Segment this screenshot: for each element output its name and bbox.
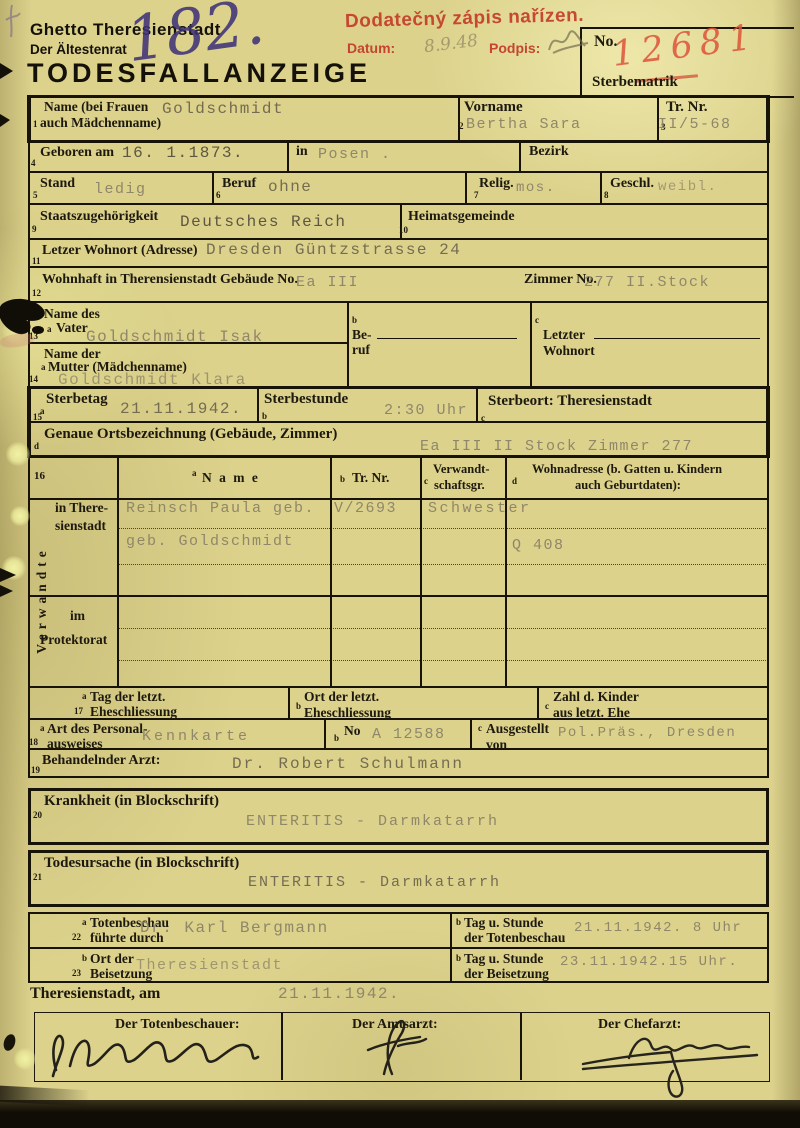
geboren-num: 4: [31, 158, 36, 168]
rule: [28, 301, 769, 303]
rule: [520, 1013, 522, 1080]
col-name-label: N a m e: [202, 470, 260, 486]
sterbematrik-label: Sterbematrik: [592, 74, 678, 91]
name-num: 1: [33, 119, 38, 129]
bezirk-label: Bezirk: [529, 144, 569, 160]
todesursache-num: 21: [33, 872, 42, 882]
berufcol-sup: b: [352, 315, 357, 325]
stand-num: 5: [33, 190, 38, 200]
group-theresienstadt-label1: in There-: [55, 500, 108, 516]
ehe-tag-num: 17: [74, 706, 83, 716]
beschau-durch-sup: a: [82, 917, 87, 927]
org-subtitle: Der Ältestenrat: [30, 42, 127, 57]
beisetzung-zeit-sup: b: [456, 953, 461, 963]
genaue-label: Genaue Ortsbezeichnung (Gebäude, Zimmer): [44, 426, 337, 443]
vorname-num: 2: [459, 121, 464, 131]
berufcol-label2: ruf: [352, 342, 370, 358]
rule: [28, 421, 769, 423]
arzt-label: Behandelnder Arzt:: [42, 753, 160, 769]
name-label: Name (bei Frauen: [44, 99, 148, 115]
rule: [117, 455, 119, 686]
heimat-num: 10: [399, 225, 408, 235]
ausweis-art-label2: ausweises: [47, 736, 103, 752]
rule: [330, 455, 332, 686]
rule: [766, 386, 770, 458]
footer-place-label: Theresienstadt, am: [30, 985, 160, 1003]
corner-pencil-mark: [2, 0, 24, 42]
beruf-value: ohne: [268, 178, 312, 196]
ehe-ort-sup: b: [296, 701, 301, 711]
wohnortcol-label: Letzter: [543, 327, 585, 343]
rule: [118, 564, 768, 565]
relative-name-value: Reinsch Paula geb.: [126, 500, 315, 517]
margin-arrow-mark: [0, 113, 13, 128]
sterbestunde-sup: b: [262, 411, 267, 421]
mutter-num: 14: [29, 374, 38, 384]
ausweis-art-sup: a: [40, 723, 45, 733]
wohnortcol-label2: Wohnort: [543, 343, 595, 359]
group-protektorat-label1: im: [70, 608, 85, 624]
geschl-label: Geschl.: [610, 176, 654, 192]
beruf-num: 6: [216, 190, 221, 200]
relig-label: Relig.: [479, 176, 514, 192]
rule: [600, 171, 602, 203]
beschau-durch-value: Dr. Karl Bergmann: [140, 919, 329, 937]
staat-label: Staatszugehörigkeit: [40, 209, 158, 225]
beschau-zeit-label1: Tag u. Stunde: [464, 915, 543, 931]
ink-spot: [2, 1033, 18, 1053]
todesursache-label: Todesursache (in Blockschrift): [44, 855, 239, 872]
krankheit-value: ENTERITIS - Darmkatarrh: [246, 813, 499, 830]
sterbestunde-label: Sterbestunde: [264, 391, 348, 408]
ehe-tag-label1: Tag der letzt.: [90, 689, 165, 705]
sterbeort-label: Sterbeort: Theresienstadt: [488, 393, 652, 410]
ehe-tag-sup: a: [82, 691, 87, 701]
ausweis-art-label1: Art des Personal-: [47, 721, 147, 737]
ausgestellt-label2: von: [486, 737, 507, 753]
trnr-label: Tr. Nr.: [666, 99, 708, 116]
margin-arrow-mark: [0, 566, 20, 600]
beschau-zeit-value: 21.11.1942. 8 Uhr: [574, 920, 742, 936]
totenbeschauer-signature: [42, 1026, 264, 1080]
ehe-ort-label1: Ort der letzt.: [304, 689, 379, 705]
rule: [420, 455, 422, 686]
rule: [28, 140, 769, 143]
rule: [519, 140, 521, 171]
ehe-kinder-sup: c: [545, 701, 549, 711]
rule: [766, 95, 770, 143]
rule: [377, 338, 517, 339]
ehe-kinder-label1: Zahl d. Kinder: [553, 689, 639, 705]
wohnortcol-sup: c: [535, 315, 539, 325]
arzt-num: 19: [31, 765, 40, 775]
stand-value: ledig: [94, 181, 147, 198]
ausgestellt-value: Pol.Präs., Dresden: [558, 725, 736, 741]
beruf-label: Beruf: [222, 176, 256, 192]
punch-hole: [10, 506, 30, 526]
rule: [257, 386, 259, 421]
beisetzung-zeit-value: 23.11.1942.15 Uhr.: [560, 954, 738, 970]
ausweis-no-label: No: [344, 723, 361, 739]
ausweis-art-value: Kennkarte: [142, 728, 250, 745]
col-trnr-sup: b: [340, 474, 345, 484]
relig-value: mos.: [516, 180, 556, 196]
beisetzung-ort-label1: Ort der: [90, 951, 134, 967]
col-grad-sup: c: [424, 476, 428, 486]
beisetzung-ort-sup: b: [82, 953, 87, 963]
datum-label: Datum:: [347, 40, 395, 56]
relative-trnr-value: V/2693: [334, 500, 397, 517]
group-theresienstadt-label2: sienstadt: [55, 518, 106, 534]
podpis-label: Podpis:: [489, 40, 540, 56]
relative-grad-value: Schwester: [428, 500, 532, 517]
rule: [324, 718, 326, 748]
rule: [118, 628, 768, 629]
vorname-value: Bertha Sara: [466, 116, 582, 133]
relig-num: 7: [474, 190, 479, 200]
rule: [450, 914, 452, 981]
rule: [288, 686, 290, 718]
wohnort-num: 11: [32, 256, 41, 266]
beschau-durch-num: 22: [72, 932, 81, 942]
krankheit-num: 20: [33, 810, 42, 820]
staat-num: 9: [32, 224, 37, 234]
name-label2: auch Mädchenname): [40, 115, 161, 131]
mutter-value: Goldschmidt Klara: [58, 371, 247, 389]
geschl-num: 8: [604, 190, 609, 200]
wohnort-value: Dresden Güntzstrasse 24: [206, 241, 461, 259]
sterbetag-num: 15: [33, 412, 42, 422]
rule: [30, 947, 767, 949]
rule: [118, 660, 768, 661]
ehe-kinder-label2: aus letzt. Ehe: [553, 705, 630, 721]
col-trnr-label: Tr. Nr.: [352, 470, 389, 486]
rule: [28, 686, 769, 688]
sterbeort-sup: c: [481, 413, 485, 423]
rule: [347, 301, 349, 386]
geboren-label: Geboren am: [40, 145, 114, 161]
scan-bottom-band: [0, 1100, 800, 1128]
rule: [28, 776, 769, 778]
geschl-value: weibl.: [658, 179, 717, 195]
death-notice-document: Ghetto Theresienstadt Der Ältestenrat TO…: [0, 0, 800, 1128]
rule: [287, 140, 289, 171]
rule: [28, 203, 769, 205]
relative-name2-value: geb. Goldschmidt: [126, 533, 294, 550]
staat-value: Deutsches Reich: [180, 213, 347, 231]
rule: [281, 1013, 283, 1080]
col-name-sup: a: [192, 468, 197, 478]
rule: [476, 386, 478, 421]
wohnort-label: Letzer Wohnort (Adresse): [42, 243, 198, 259]
rule: [28, 171, 769, 173]
zimmer-value: 277 II.Stock: [584, 274, 710, 291]
genaue-sup: d: [34, 441, 39, 451]
ausweis-no-value: A 12588: [372, 726, 446, 743]
no-value-handwritten: 12681: [610, 17, 760, 75]
vater-value: Goldschmidt Isak: [86, 328, 264, 346]
ausweis-no-sup: b: [334, 733, 339, 743]
podpis-signature: [541, 22, 595, 60]
sterbestunde-value: 2:30 Uhr: [384, 402, 468, 419]
vorname-label: Vorname: [464, 99, 523, 116]
rule: [28, 455, 769, 458]
chefarzt-signature: [575, 1022, 770, 1102]
rule: [27, 95, 31, 143]
wohnhaft-value: Ea III: [296, 274, 359, 291]
punch-hole: [14, 1048, 36, 1070]
rule: [465, 171, 467, 203]
rule: [530, 301, 532, 386]
stand-label: Stand: [40, 176, 75, 192]
rule: [537, 686, 539, 718]
ehe-ort-label2: Eheschliessung: [304, 705, 391, 721]
berufcol-label: Be-: [352, 327, 372, 343]
col-adresse-label1: Wohnadresse (b. Gatten u. Kindern: [532, 462, 722, 477]
geboren-in-label: in: [296, 144, 308, 160]
rule: [470, 718, 472, 748]
beisetzung-ort-value: Theresienstadt: [136, 957, 283, 974]
beisetzung-zeit-label1: Tag u. Stunde: [464, 951, 543, 967]
geboren-value: 16. 1.1873.: [122, 144, 244, 162]
rule: [505, 455, 507, 686]
rule: [28, 238, 769, 240]
krankheit-label: Krankheit (in Blockschrift): [44, 793, 219, 810]
genaue-value: Ea III II Stock Zimmer 277: [420, 438, 693, 455]
datum-pencil-value: 8.9.48: [423, 31, 479, 57]
footer-date-value: 21.11.1942.: [278, 985, 400, 1003]
rule: [28, 748, 769, 750]
ausweis-art-num: 18: [29, 737, 38, 747]
amtsarzt-signature: [340, 1016, 450, 1078]
rule: [28, 266, 769, 268]
ausgestellt-sup: c: [478, 723, 482, 733]
todesursache-value: ENTERITIS - Darmkatarrh: [248, 874, 501, 891]
ausgestellt-label1: Ausgestellt: [486, 721, 549, 737]
col-grad-label1: Verwandt-: [433, 462, 489, 477]
rule: [212, 171, 214, 203]
beschau-zeit-label2: der Totenbeschau: [464, 930, 565, 946]
wohnhaft-label: Wohnhaft in Therensienstadt Gebäude No.: [42, 272, 298, 288]
heimat-label: Heimatsgemeinde: [408, 209, 515, 225]
geboren-in-value: Posen .: [318, 146, 392, 163]
sterbetag-label: Sterbetag: [46, 391, 108, 408]
rule: [458, 95, 460, 140]
vater-label2: Vater: [56, 320, 88, 336]
verwandte-side-label: Verwandte: [34, 525, 48, 675]
group-protektorat-label2: Protektorat: [40, 632, 107, 648]
punch-hole: [6, 442, 30, 466]
col-grad-label2: schaftsgr.: [434, 478, 485, 493]
arzt-value: Dr. Robert Schulmann: [232, 755, 464, 773]
col-adresse-label2: auch Geburtdaten):: [575, 478, 681, 493]
rule: [28, 595, 769, 597]
margin-arrow-mark: [0, 62, 16, 80]
mutter-sup: a: [41, 362, 46, 372]
rule: [594, 338, 760, 339]
name-value: Goldschmidt: [162, 100, 284, 118]
beisetzung-zeit-label2: der Beisetzung: [464, 966, 549, 982]
col-adresse-sup: d: [512, 476, 517, 486]
verwandte-num: 16: [34, 470, 45, 482]
rule: [118, 528, 768, 529]
ehe-tag-label2: Eheschliessung: [90, 704, 177, 720]
trnr-value: II/5-68: [658, 116, 732, 133]
beschau-zeit-sup: b: [456, 917, 461, 927]
relative-adresse-value: Q 408: [512, 537, 565, 554]
beisetzung-ort-num: 23: [72, 968, 81, 978]
sterbetag-value: 21.11.1942.: [120, 400, 242, 418]
